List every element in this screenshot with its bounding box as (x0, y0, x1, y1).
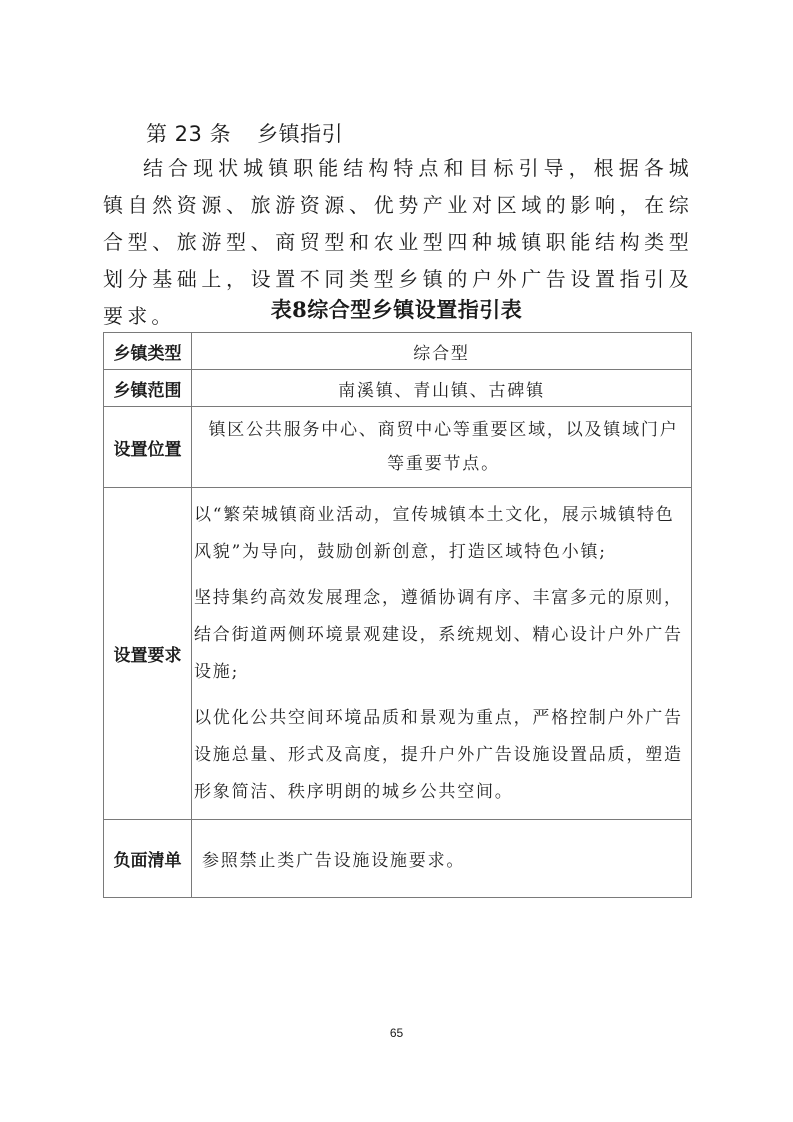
row-value: 综合型 (192, 333, 692, 370)
section-number: 第 23 条 (146, 122, 231, 146)
requirement-paragraph: 坚持集约高效发展理念，遵循协调有序、丰富多元的原则，结合街道两侧环境景观建设，系… (192, 580, 691, 691)
table-row: 乡镇范围 南溪镇、青山镇、古碑镇 (104, 370, 692, 407)
row-label: 乡镇类型 (104, 333, 192, 370)
row-value: 参照禁止类广告设施设施要求。 (192, 820, 692, 898)
table-row: 负面清单 参照禁止类广告设施设施要求。 (104, 820, 692, 898)
requirement-paragraph: 以“繁荣城镇商业活动，宣传城镇本土文化，展示城镇特色风貌”为导向，鼓励创新创意，… (192, 497, 691, 571)
section-heading: 第 23 条乡镇指引 (146, 118, 343, 148)
table-row: 设置要求 以“繁荣城镇商业活动，宣传城镇本土文化，展示城镇特色风貌”为导向，鼓励… (104, 488, 692, 820)
row-label: 乡镇范围 (104, 370, 192, 407)
section-title: 乡镇指引 (257, 122, 343, 146)
page-number: 65 (0, 1026, 793, 1040)
requirement-paragraph: 以优化公共空间环境品质和景观为重点，严格控制户外广告设施总量、形式及高度，提升户… (192, 700, 691, 811)
row-label: 设置要求 (104, 488, 192, 820)
row-value: 南溪镇、青山镇、古碑镇 (192, 370, 692, 407)
row-value: 镇区公共服务中心、商贸中心等重要区域，以及镇域门户等重要节点。 (192, 407, 692, 488)
row-value: 以“繁荣城镇商业活动，宣传城镇本土文化，展示城镇特色风貌”为导向，鼓励创新创意，… (192, 488, 692, 820)
guideline-table: 乡镇类型 综合型 乡镇范围 南溪镇、青山镇、古碑镇 设置位置 镇区公共服务中心、… (103, 332, 692, 898)
table-title: 表8综合型乡镇设置指引表 (0, 294, 793, 324)
row-label: 设置位置 (104, 407, 192, 488)
table-row: 设置位置 镇区公共服务中心、商贸中心等重要区域，以及镇域门户等重要节点。 (104, 407, 692, 488)
table-row: 乡镇类型 综合型 (104, 333, 692, 370)
row-label: 负面清单 (104, 820, 192, 898)
